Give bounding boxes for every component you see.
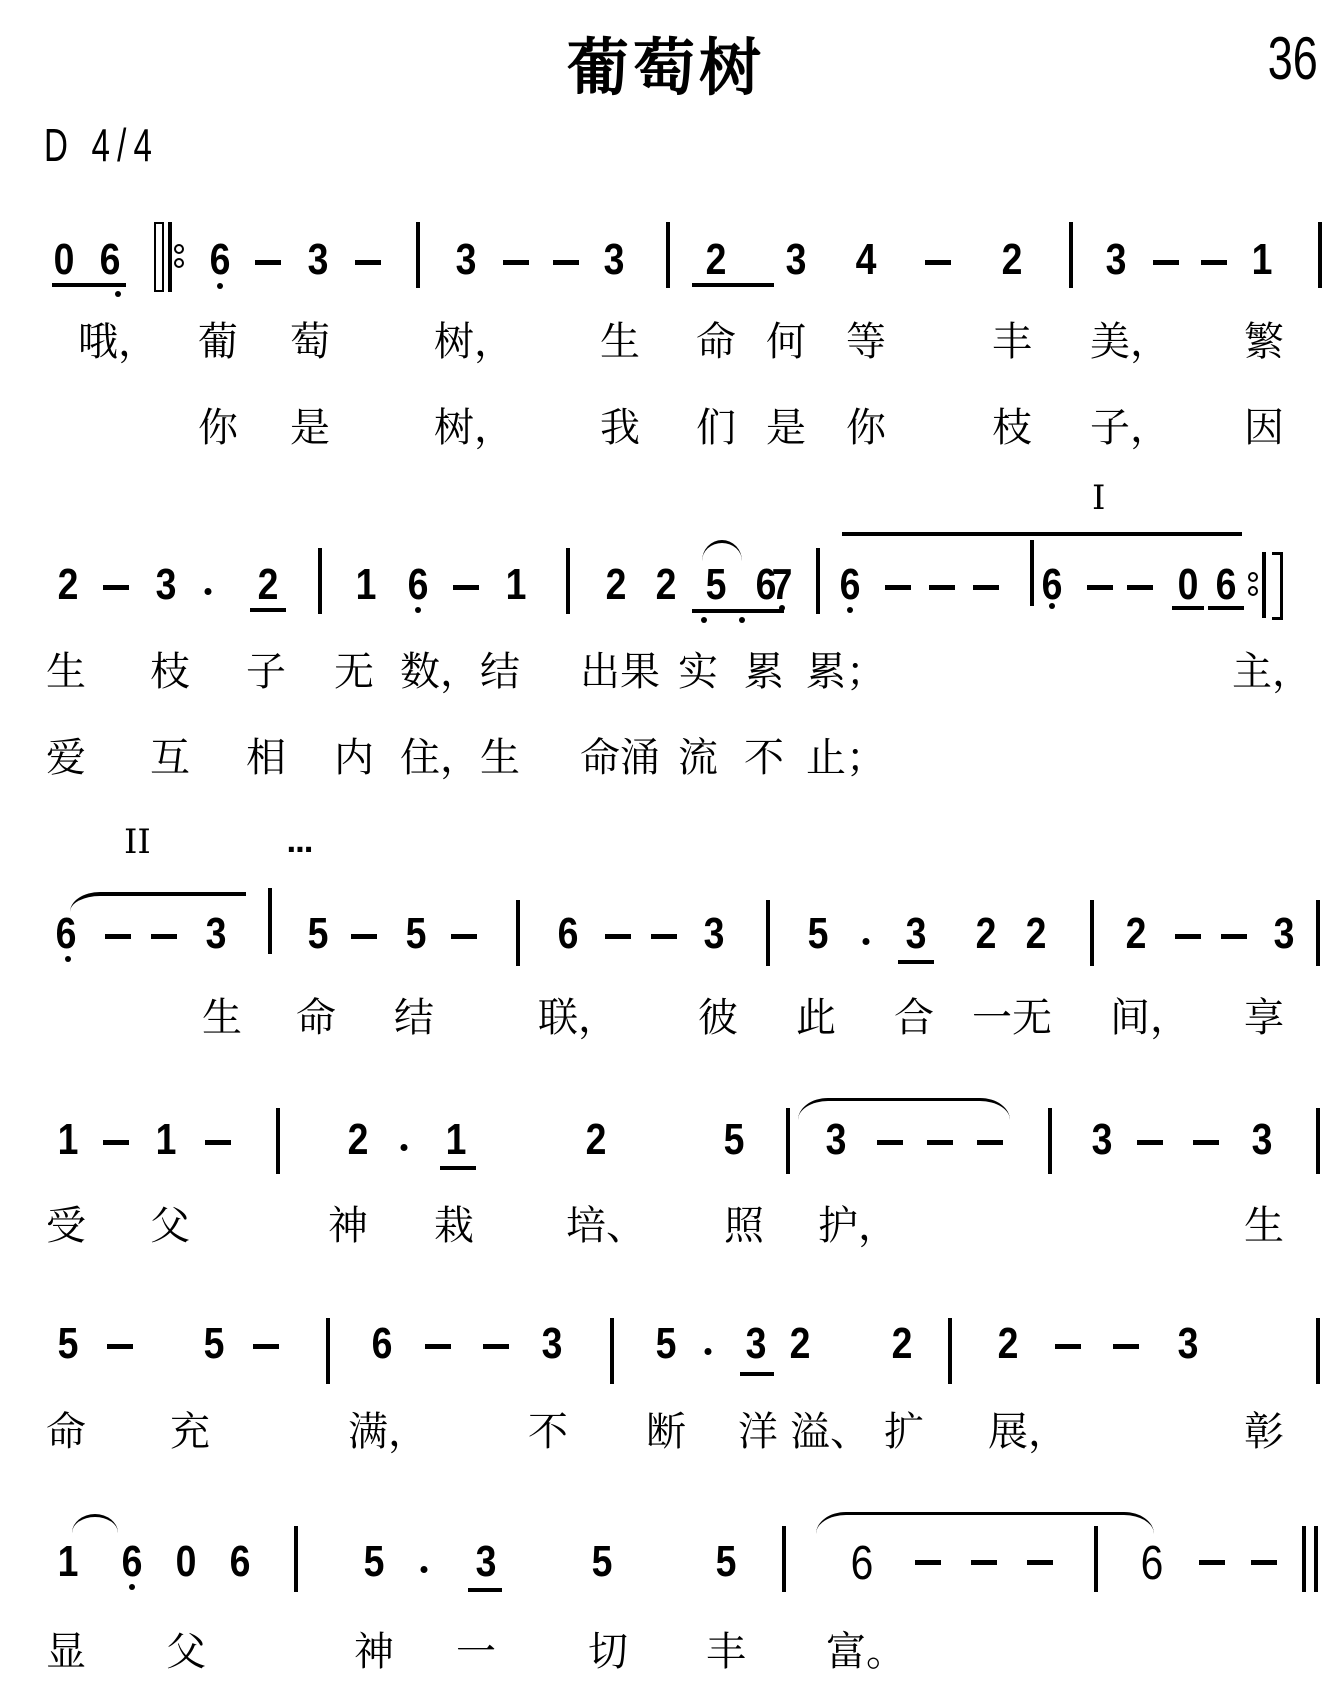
lyric: 间，: [1110, 998, 1190, 1038]
low-octave-dot: [217, 283, 223, 289]
note: 6: [122, 1540, 143, 1584]
dash: [103, 585, 129, 590]
lyric: 合: [894, 998, 934, 1038]
note: 5: [808, 912, 829, 956]
slur: [72, 1514, 118, 1533]
note: 5: [364, 1540, 385, 1584]
low-octave-dot: [115, 291, 121, 297]
note: 1: [156, 1118, 177, 1162]
note: 3: [746, 1322, 767, 1366]
barline: [1316, 900, 1320, 966]
lyric: 流: [678, 738, 718, 778]
note: 3: [604, 238, 625, 282]
note: 3: [826, 1118, 847, 1162]
lyric: 培、: [566, 1206, 646, 1246]
lyric: 展，: [988, 1412, 1068, 1452]
lyric: 葡: [198, 322, 238, 362]
barline: [1048, 1108, 1052, 1174]
note: 6: [230, 1540, 251, 1584]
note: 1: [446, 1118, 467, 1162]
lyric: 神: [354, 1632, 394, 1672]
dash: [973, 585, 999, 590]
lyric: 因: [1244, 408, 1284, 448]
lyric: 显: [46, 1632, 86, 1672]
dash: [553, 260, 579, 265]
dash: [971, 1560, 997, 1565]
note: 2: [1026, 912, 1047, 956]
lyric: 溢、: [790, 1412, 870, 1452]
lyric: 扩: [884, 1412, 924, 1452]
note: 2: [976, 912, 997, 956]
note: 2: [892, 1322, 913, 1366]
lyric: 生: [46, 652, 86, 692]
lyric: 累: [744, 652, 784, 692]
dash: [503, 260, 529, 265]
dash: [1137, 1140, 1163, 1145]
lyric: 满，: [348, 1412, 428, 1452]
note: 6: [56, 912, 77, 956]
barline: [294, 1526, 298, 1592]
dash: [915, 1560, 941, 1565]
augmentation-dot: [863, 938, 870, 945]
dash: [1127, 585, 1153, 590]
dash: [927, 1140, 953, 1145]
note: 0: [176, 1540, 197, 1584]
lyric: 充: [170, 1412, 210, 1452]
barline: [1318, 222, 1322, 288]
slur: [702, 540, 742, 561]
note: 3: [906, 912, 927, 956]
dash: [205, 1140, 231, 1145]
low-octave-dot: [415, 607, 421, 613]
note: 3: [206, 912, 227, 956]
dash: [151, 934, 177, 939]
lyric: 护，: [818, 1206, 898, 1246]
barline: [268, 888, 272, 954]
lyric: 一: [456, 1632, 496, 1672]
note: 0: [1178, 563, 1199, 607]
lyric: 联，: [538, 998, 618, 1038]
note: 5: [58, 1322, 79, 1366]
lyric: 们: [696, 408, 736, 448]
lyric: 生: [1244, 1206, 1284, 1246]
note: 1: [58, 1540, 79, 1584]
note: 6: [1141, 1540, 1164, 1588]
dash: [425, 1344, 451, 1349]
note: 2: [790, 1322, 811, 1366]
low-octave-dot: [779, 605, 785, 611]
note: 3: [542, 1322, 563, 1366]
note: 7: [772, 563, 793, 607]
lyric: 栽: [434, 1206, 474, 1246]
dash: [651, 934, 677, 939]
underline-eighth: [740, 1372, 774, 1376]
low-octave-dot: [129, 1584, 135, 1590]
lyric: 子: [246, 652, 286, 692]
lyric: 是: [290, 408, 330, 448]
barline: [1069, 222, 1073, 288]
note: 5: [706, 563, 727, 607]
dash: [1113, 1344, 1139, 1349]
barline: [276, 1108, 280, 1174]
dash: [483, 1344, 509, 1349]
underline-eighth: [692, 609, 784, 613]
lyric: 不: [528, 1412, 568, 1452]
dash: [977, 1140, 1003, 1145]
augmentation-dot: [421, 1566, 428, 1573]
lyric: 实: [678, 652, 718, 692]
lyric: 享: [1244, 998, 1284, 1038]
lyric: 无: [334, 652, 374, 692]
lyric: 住，生: [400, 738, 520, 778]
dash: [253, 1344, 279, 1349]
note: 5: [724, 1118, 745, 1162]
dash: [351, 934, 377, 939]
barline: [1030, 540, 1034, 606]
lyric: 累；: [806, 652, 886, 692]
lyric: 生: [202, 998, 242, 1038]
lyric: 照: [724, 1206, 764, 1246]
lyric: 神: [328, 1206, 368, 1246]
lyric: 相: [246, 738, 286, 778]
lyric: 父: [166, 1632, 206, 1672]
page-number: 36: [1268, 24, 1318, 93]
barline: [766, 900, 770, 966]
lyric: 哦，: [78, 322, 158, 362]
note: 3: [308, 238, 329, 282]
note: 6: [1042, 563, 1063, 607]
dash: [885, 585, 911, 590]
lyric: 富。: [826, 1632, 906, 1672]
low-octave-dot: [701, 617, 707, 623]
note: 2: [258, 563, 279, 607]
dash: [1055, 1344, 1081, 1349]
underline-eighth: [692, 283, 774, 287]
underline-eighth: [250, 608, 286, 612]
lyric: 命涌: [580, 738, 660, 778]
volta-2-label: II: [124, 822, 151, 862]
barline: [610, 1318, 614, 1384]
barline: [782, 1526, 786, 1592]
barline: [318, 548, 322, 614]
note: 2: [586, 1118, 607, 1162]
lyric: 数，结: [400, 652, 520, 692]
lyric: 结: [394, 998, 434, 1038]
note: 6: [851, 1540, 874, 1588]
note: 1: [356, 563, 377, 607]
dash: [105, 934, 131, 939]
low-octave-dot: [739, 617, 745, 623]
dash: [605, 934, 631, 939]
lyric: 父: [150, 1206, 190, 1246]
underline-eighth: [468, 1588, 502, 1592]
lyric: 子，: [1090, 408, 1170, 448]
note: 3: [1252, 1118, 1273, 1162]
lyric: 切: [588, 1632, 628, 1672]
note: 2: [58, 563, 79, 607]
note: 0: [54, 238, 75, 282]
lyric: 树，: [434, 322, 514, 362]
lyric: 命: [696, 322, 736, 362]
lyric: 等: [846, 322, 886, 362]
underline-eighth: [1172, 606, 1204, 610]
lyric: 受: [46, 1206, 86, 1246]
lyric: 命: [296, 998, 336, 1038]
note: 6: [408, 563, 429, 607]
barline: [516, 900, 520, 966]
lyric: 繁: [1244, 322, 1284, 362]
dash: [1193, 1140, 1219, 1145]
barline: [566, 548, 570, 614]
barline: [1316, 1318, 1320, 1384]
augmentation-dot: [205, 588, 212, 595]
lyric: 你: [846, 408, 886, 448]
key-signature: D 4/4: [44, 118, 159, 172]
note: 3: [1178, 1322, 1199, 1366]
barline: [948, 1318, 952, 1384]
note: 6: [210, 238, 231, 282]
lyric: 枝: [992, 408, 1032, 448]
note: 1: [58, 1118, 79, 1162]
volta-1-label: I: [1092, 478, 1105, 518]
dash: [929, 585, 955, 590]
dash: [355, 260, 381, 265]
note: 5: [592, 1540, 613, 1584]
dash: [1175, 934, 1201, 939]
barline: [816, 548, 820, 614]
note: 2: [998, 1322, 1019, 1366]
augmentation-dot: [401, 1144, 408, 1151]
volta-bracket-1: [842, 532, 1242, 556]
lyric: 我: [600, 408, 640, 448]
note: 3: [786, 238, 807, 282]
lyric: 出果: [580, 652, 660, 692]
lyric: 主，: [1232, 652, 1312, 692]
note: 2: [1126, 912, 1147, 956]
ellipsis-marker: ...: [286, 826, 312, 859]
note: 2: [606, 563, 627, 607]
lyric: 命: [46, 1412, 86, 1452]
lyric: 彰: [1244, 1412, 1284, 1452]
tie: [816, 1512, 1154, 1537]
note: 1: [1252, 238, 1273, 282]
lyric: 洋: [738, 1412, 778, 1452]
dash: [453, 585, 479, 590]
note: 3: [1092, 1118, 1113, 1162]
lyric: 是: [766, 408, 806, 448]
dash: [107, 1344, 133, 1349]
note: 3: [456, 238, 477, 282]
dash: [103, 1140, 129, 1145]
dash: [877, 1140, 903, 1145]
dash: [1027, 1560, 1053, 1565]
lyric: 互: [150, 738, 190, 778]
note: 4: [856, 238, 877, 282]
augmentation-dot: [705, 1348, 712, 1355]
note: 5: [406, 912, 427, 956]
note: 3: [156, 563, 177, 607]
note: 2: [656, 563, 677, 607]
dash: [1251, 1560, 1277, 1565]
lyric: 枝: [150, 652, 190, 692]
lyric: 萄: [290, 322, 330, 362]
lyric: 丰: [992, 322, 1032, 362]
low-octave-dot: [65, 956, 71, 962]
dash: [1199, 1560, 1225, 1565]
song-title: 葡萄树: [0, 18, 1332, 107]
underline-eighth: [1208, 606, 1244, 610]
lyric: 你: [198, 408, 238, 448]
dash: [255, 260, 281, 265]
note: 6: [1216, 563, 1237, 607]
note: 3: [1106, 238, 1127, 282]
lyric: 一无: [972, 998, 1052, 1038]
dash: [451, 934, 477, 939]
note: 2: [348, 1118, 369, 1162]
dash: [1221, 934, 1247, 939]
note: 2: [1002, 238, 1023, 282]
lyric: 丰: [706, 1632, 746, 1672]
lyric: 不: [744, 738, 784, 778]
lyric: 美，: [1090, 322, 1170, 362]
low-octave-dot: [1049, 603, 1055, 609]
note: 2: [706, 238, 727, 282]
dash: [925, 260, 951, 265]
lyric: 止；: [806, 738, 886, 778]
lyric: 树，: [434, 408, 514, 448]
dash: [1087, 585, 1113, 590]
underline-eighth: [440, 1166, 476, 1170]
note: 5: [656, 1322, 677, 1366]
lyric: 何: [766, 322, 806, 362]
barline: [1090, 900, 1094, 966]
note: 5: [204, 1322, 225, 1366]
note: 3: [704, 912, 725, 956]
note: 5: [716, 1540, 737, 1584]
low-octave-dot: [847, 607, 853, 613]
lyric: 内: [334, 738, 374, 778]
note: 6: [372, 1322, 393, 1366]
barline: [666, 222, 670, 288]
lyric: 断: [646, 1412, 686, 1452]
dash: [1201, 260, 1227, 265]
note: 3: [1274, 912, 1295, 956]
underline-eighth: [52, 283, 126, 287]
lyric: 生: [600, 322, 640, 362]
lyric: 爱: [46, 738, 86, 778]
note: 6: [840, 563, 861, 607]
note: 1: [506, 563, 527, 607]
note: 6: [100, 238, 121, 282]
lyric: 此: [796, 998, 836, 1038]
note: 3: [476, 1540, 497, 1584]
barline: [326, 1318, 330, 1384]
note: 5: [308, 912, 329, 956]
dash: [1153, 260, 1179, 265]
barline: [1094, 1526, 1098, 1592]
underline-eighth: [898, 960, 934, 964]
lyric: 彼: [698, 998, 738, 1038]
note: 6: [558, 912, 579, 956]
barline: [1316, 1108, 1320, 1174]
barline: [786, 1108, 790, 1174]
barline: [416, 222, 420, 288]
